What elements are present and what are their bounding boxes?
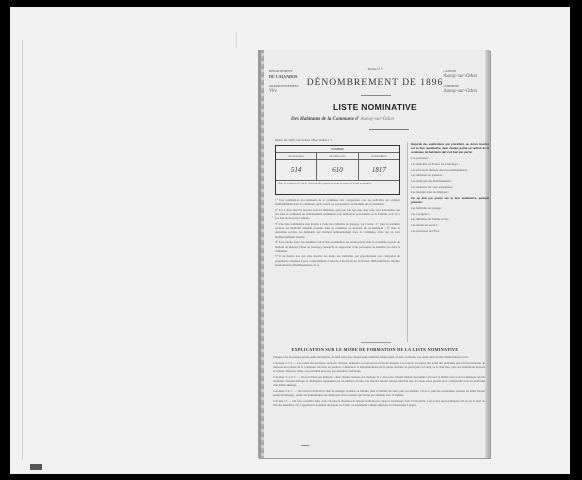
right-item-2: Les militaires de l'armée active ; [411,217,489,221]
col-menages: DE MÉNAGES [317,153,358,159]
arrondissement-value: Vire [269,89,299,95]
value-menages: 610 [317,160,358,180]
explanation-paragraph: Colonnes 6 et 7. — On inscrira d'abord l… [273,389,485,397]
fold-mark [236,32,237,48]
population-note: Nota. Les chiffres de l'état n° 1 doiven… [276,180,399,192]
right-item: Les personnes ; [411,156,489,160]
instruction-paragraph: 2° Il y a donc lieu d'y inscrire tous le… [275,208,400,221]
col-individus: D'INDIVIDUS [359,153,399,159]
population-table-header: NOMBRE [276,146,399,153]
value-individus: 1817 [359,160,399,180]
instructions-right: Regarde des explications qui précèdent, … [407,142,489,342]
right-item: Les membres du corps enseignant ; [411,185,489,189]
subtitle: Des Habitants de la Commune d' Aunay-sur… [291,117,394,122]
section-divider [361,342,391,343]
instruction-paragraph: 5° Il ne faudra pas non plus inscrire le… [275,254,400,267]
right-item-2: Les marins en service ; [411,223,489,227]
right-item: Les malades dans les hôpitaux ; [411,190,489,194]
right-item-2: Les personnes de l'État ; [411,229,489,233]
value-maisons: 514 [276,160,317,180]
explanation-body: Chaque case ne portera qu'une seule insc… [273,355,485,435]
subtitle-commune: Aunay-sur-Odon [360,117,394,122]
explanation-paragraph: Colonnes 1 et 2. — Les noms des quartier… [273,361,485,374]
right-item: Les habitants, en France ou à l'étranger… [411,162,489,166]
instruction-paragraph: 1° Une nomination des habitants de la co… [275,198,400,206]
right-item-2: Les voyageurs ; [411,212,489,216]
right-item: Les personnes résidant dans les établiss… [411,168,489,172]
ornament-rule [369,129,409,131]
census-page: DÉPARTEMENT DU CALVADOS ARRONDISSEMENT V… [258,50,490,458]
population-caption: Report du chiffre inscrit dans l'État mo… [275,138,333,142]
explanation-paragraph: Colonne 11. — On fera connaître dans cet… [273,399,485,407]
explanation-title: EXPLICATION SUR LE MODE DE FORMATION DE … [261,347,489,352]
subtitle-prefix: Des Habitants de la Commune d' [291,117,359,122]
commune-value: Aunay-sur-Odon [443,89,477,95]
population-table-values: 514 610 1817 [276,160,399,180]
instructions-left: 1° Une nomination des habitants de la co… [275,198,400,343]
population-table-columns: DE MAISONS DE MÉNAGES D'INDIVIDUS [276,153,399,160]
right-item-2: Les individus de passage ; [411,206,489,210]
list-title: LISTE NOMINATIVE [261,102,489,112]
right-item: Les employés des établissements ; [411,179,489,183]
sheet-edge [22,40,23,460]
instruction-paragraph: 3° Une liste nominative sera établie à l… [275,222,400,239]
col-maisons: DE MAISONS [276,153,317,159]
instruction-paragraph: 4° Il ne faudra donc pas énumérer sur la… [275,240,400,253]
right-intro: Regarde des explications qui précèdent, … [411,142,489,155]
right-item: Les militaires en garnison ; [411,173,489,177]
scan-artifact [30,464,42,470]
explanation-paragraph: Colonnes 3, 4 et 5. — On procèdera par m… [273,375,485,388]
title-rule [361,95,391,96]
population-table: NOMBRE DE MAISONS DE MÉNAGES D'INDIVIDUS… [275,145,400,195]
explanation-paragraph: Chaque case ne portera qu'une seule insc… [273,355,485,359]
right-heading: On ne doit pas porter sur la liste nomin… [411,196,489,204]
document-viewer: DÉPARTEMENT DU CALVADOS ARRONDISSEMENT V… [0,0,582,480]
footer-mark [301,445,309,446]
page-title: DÉNOMBREMENT DE 1896 [261,78,489,88]
